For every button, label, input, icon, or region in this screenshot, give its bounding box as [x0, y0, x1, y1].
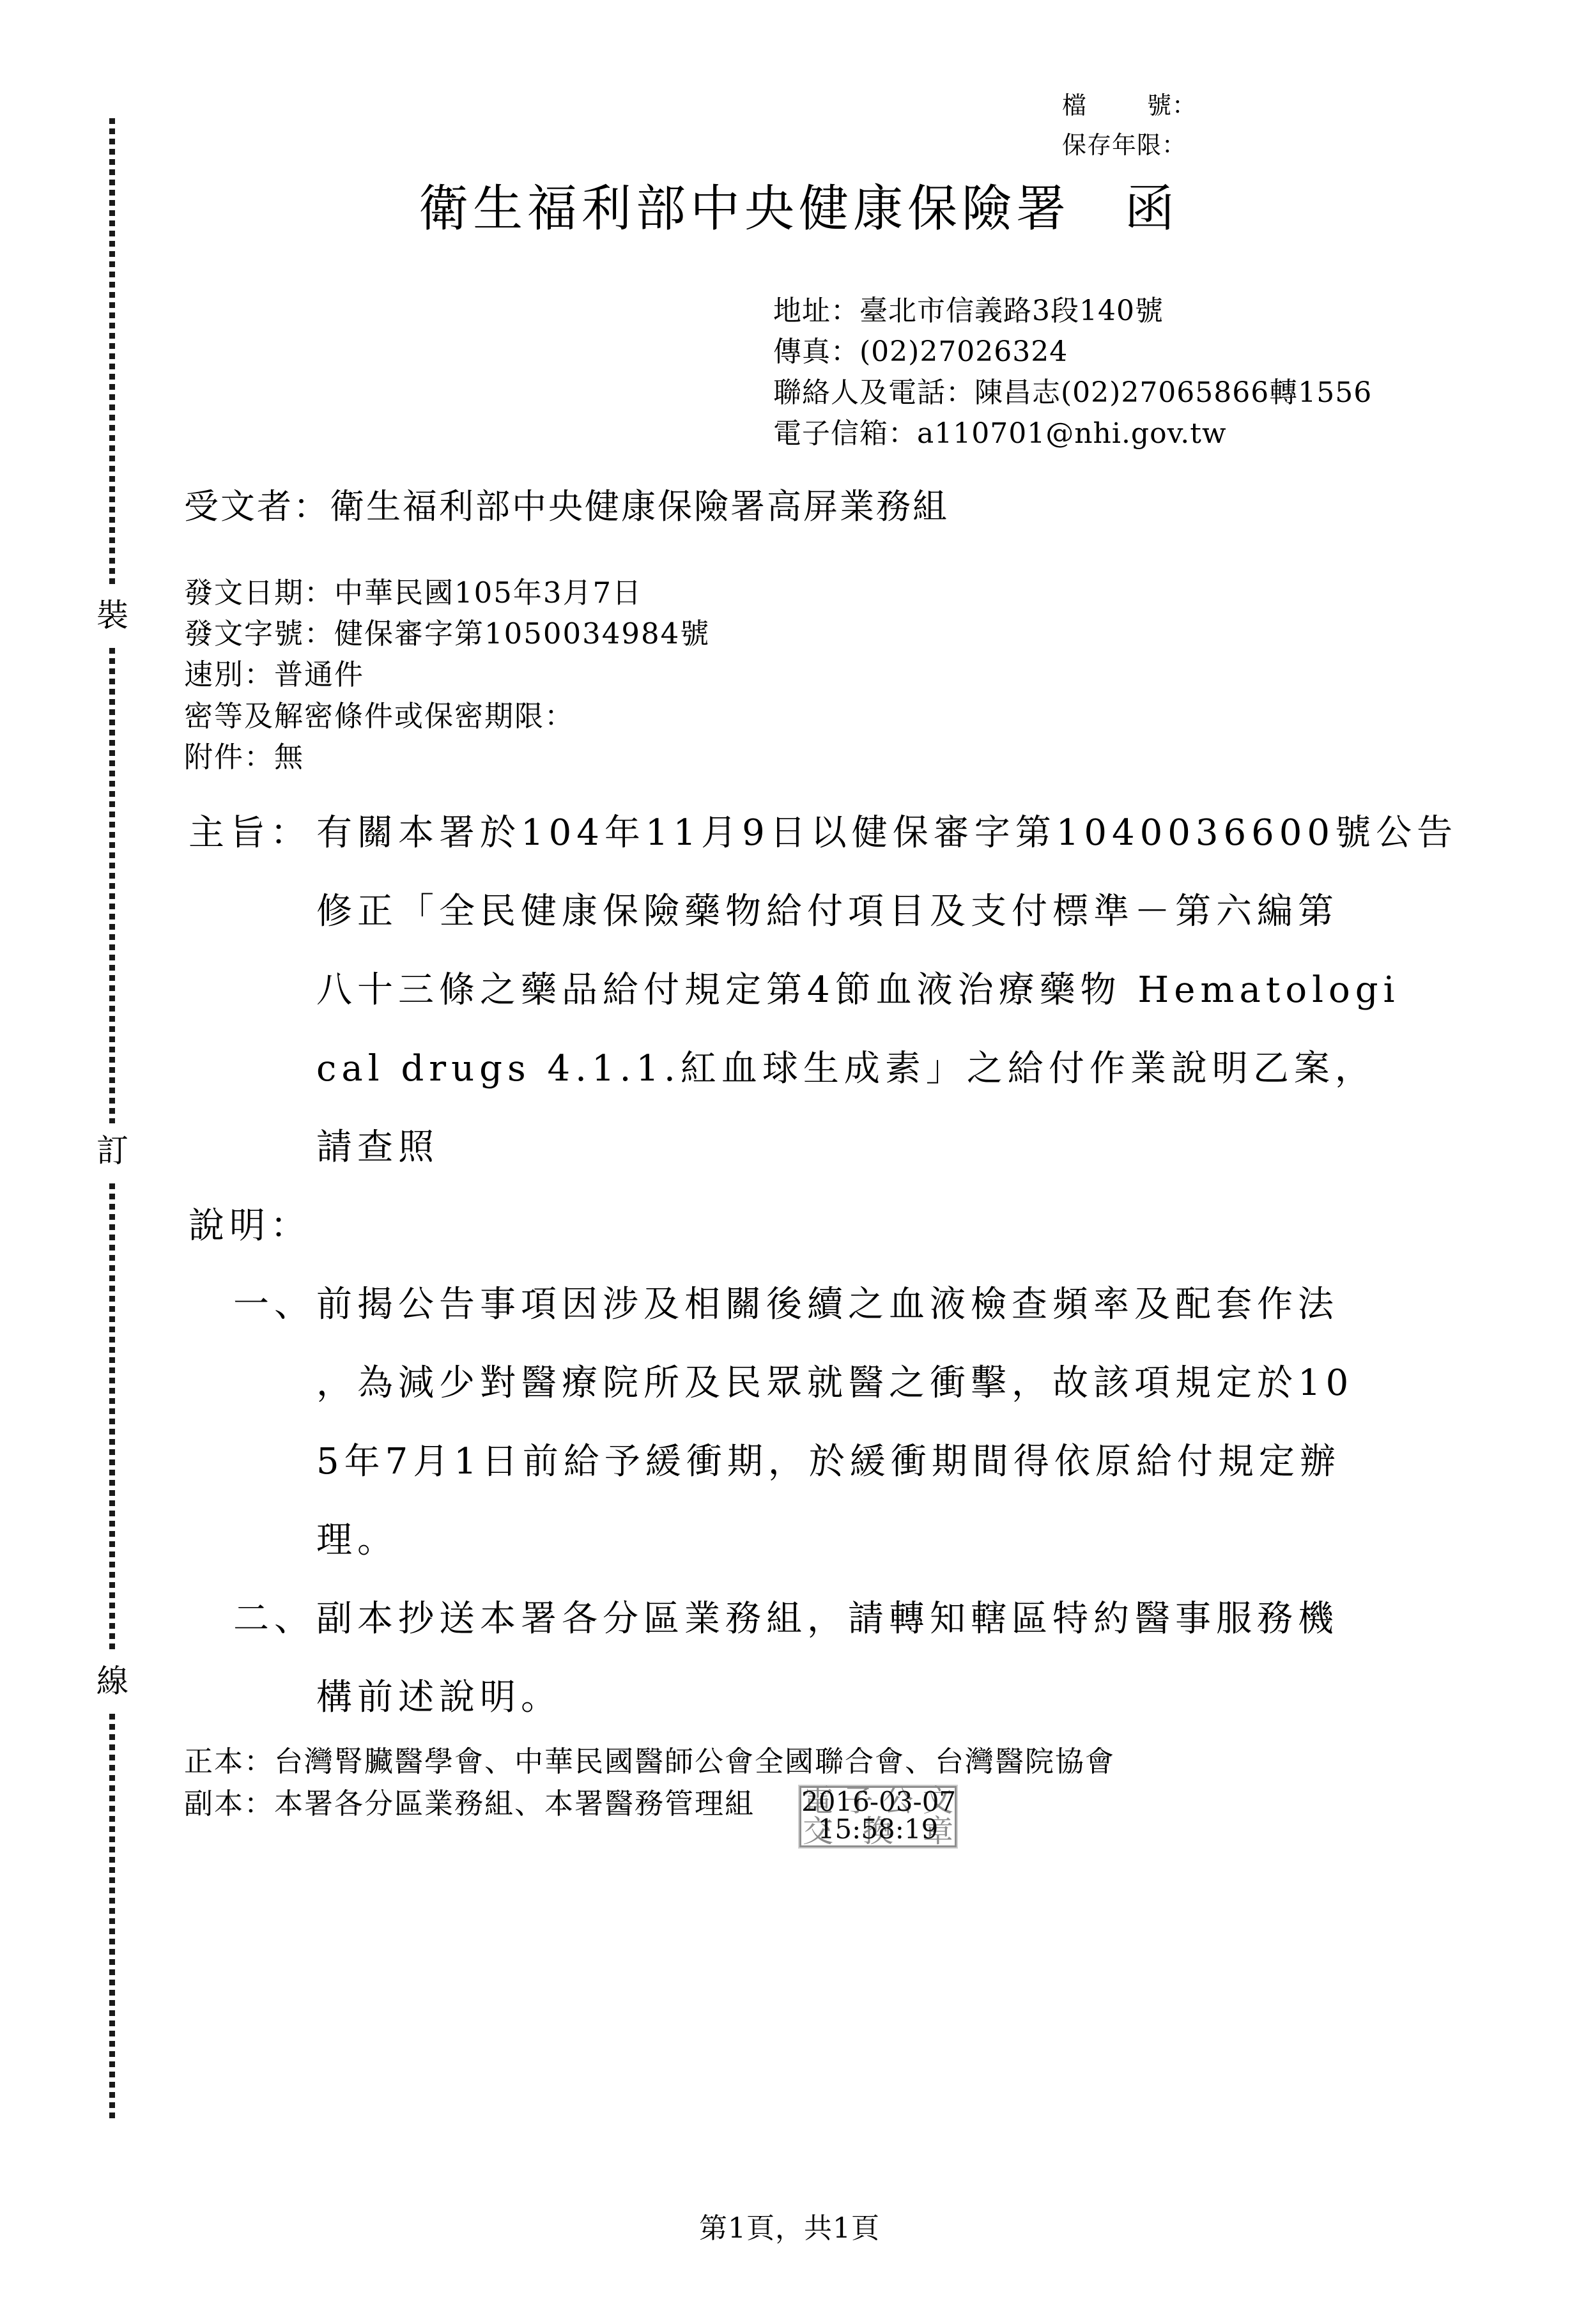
sender-address: 地址：臺北市信義路3段140號	[773, 297, 1164, 325]
retention-period-label: 保存年限：	[1062, 133, 1187, 157]
copy-recipients: 副本：本署各分區業務組、本署醫務管理組	[184, 1789, 755, 1818]
recipient-line: 受文者：衛生福利部中央健康保險署高屏業務組	[184, 489, 949, 524]
list-item-marker: 二、	[233, 1601, 315, 1637]
page-title: 衛生福利部中央健康保險署 函	[419, 184, 1179, 234]
speed-class: 速別：普通件	[184, 660, 364, 689]
issue-number: 發文字號：健保審字第1050034984號	[184, 619, 710, 648]
binding-dashed-line-segment	[109, 118, 115, 588]
attachment: 附件：無	[184, 743, 304, 771]
explanation-line: 理。	[316, 1523, 398, 1558]
binding-mark-xian: 線	[93, 1665, 132, 1697]
explanation-line: 副本抄送本署各分區業務組，請轉知轄區特約醫事服務機	[316, 1601, 1339, 1637]
file-number-label: 檔	[1062, 93, 1087, 118]
binding-dashed-line-segment	[109, 648, 115, 1123]
sender-fax: 傳真：(02)27026324	[773, 338, 1068, 366]
issue-date: 發文日期：中華民國105年3月7日	[184, 578, 642, 607]
document-page: 裝 訂 線 檔 號： 保存年限： 衛生福利部中央健康保險署 函 地址：臺北市信義…	[0, 0, 1579, 2324]
list-item-marker: 一、	[233, 1287, 315, 1323]
binding-dashed-line-segment	[109, 1183, 115, 1654]
file-number-colon: 號：	[1147, 93, 1197, 118]
explanation-line: ，為減少對醫療院所及民眾就醫之衝擊，故該項規定於10	[316, 1366, 1353, 1401]
stamp-time: 15:58:19	[801, 1816, 955, 1843]
electronic-exchange-stamp: 電 子 公 文 交 換 章 2016-03-07 15:58:19	[799, 1786, 957, 1847]
subject-line: 有關本署於104年11月9日以健保審字第1040036600號公告	[316, 815, 1458, 851]
explanation-label: 說明：	[189, 1208, 311, 1244]
original-recipients: 正本：台灣腎臟醫學會、中華民國醫師公會全國聯合會、台灣醫院協會	[184, 1747, 1115, 1776]
subject-line: 請查照	[316, 1130, 439, 1166]
subject-label: 主旨：	[189, 815, 311, 851]
subject-line: 修正「全民健康保險藥物給付項目及支付標準－第六編第	[316, 894, 1339, 930]
security-class: 密等及解密條件或保密期限：	[184, 702, 574, 730]
stamp-date: 2016-03-07	[801, 1789, 955, 1815]
subject-line: cal drugs 4.1.1.紅血球生成素」之給付作業說明乙案，	[316, 1051, 1376, 1087]
page-number: 第1頁，共1頁	[0, 2215, 1579, 2243]
explanation-line: 前揭公告事項因涉及相關後續之血液檢查頻率及配套作法	[316, 1287, 1339, 1323]
binding-mark-zhuang: 裝	[93, 599, 132, 631]
binding-dashed-line-segment	[109, 1714, 115, 2123]
sender-contact: 聯絡人及電話：陳昌志(02)27065866轉1556	[773, 379, 1372, 407]
sender-email: 電子信箱：a110701@nhi.gov.tw	[773, 420, 1227, 448]
subject-line: 八十三條之藥品給付規定第4節血液治療藥物 Hematologi	[316, 973, 1400, 1008]
explanation-line: 5年7月1日前給予緩衝期，於緩衝期間得依原給付規定辦	[316, 1444, 1341, 1480]
binding-mark-ding: 訂	[93, 1135, 132, 1167]
explanation-line: 構前述說明。	[316, 1680, 562, 1716]
